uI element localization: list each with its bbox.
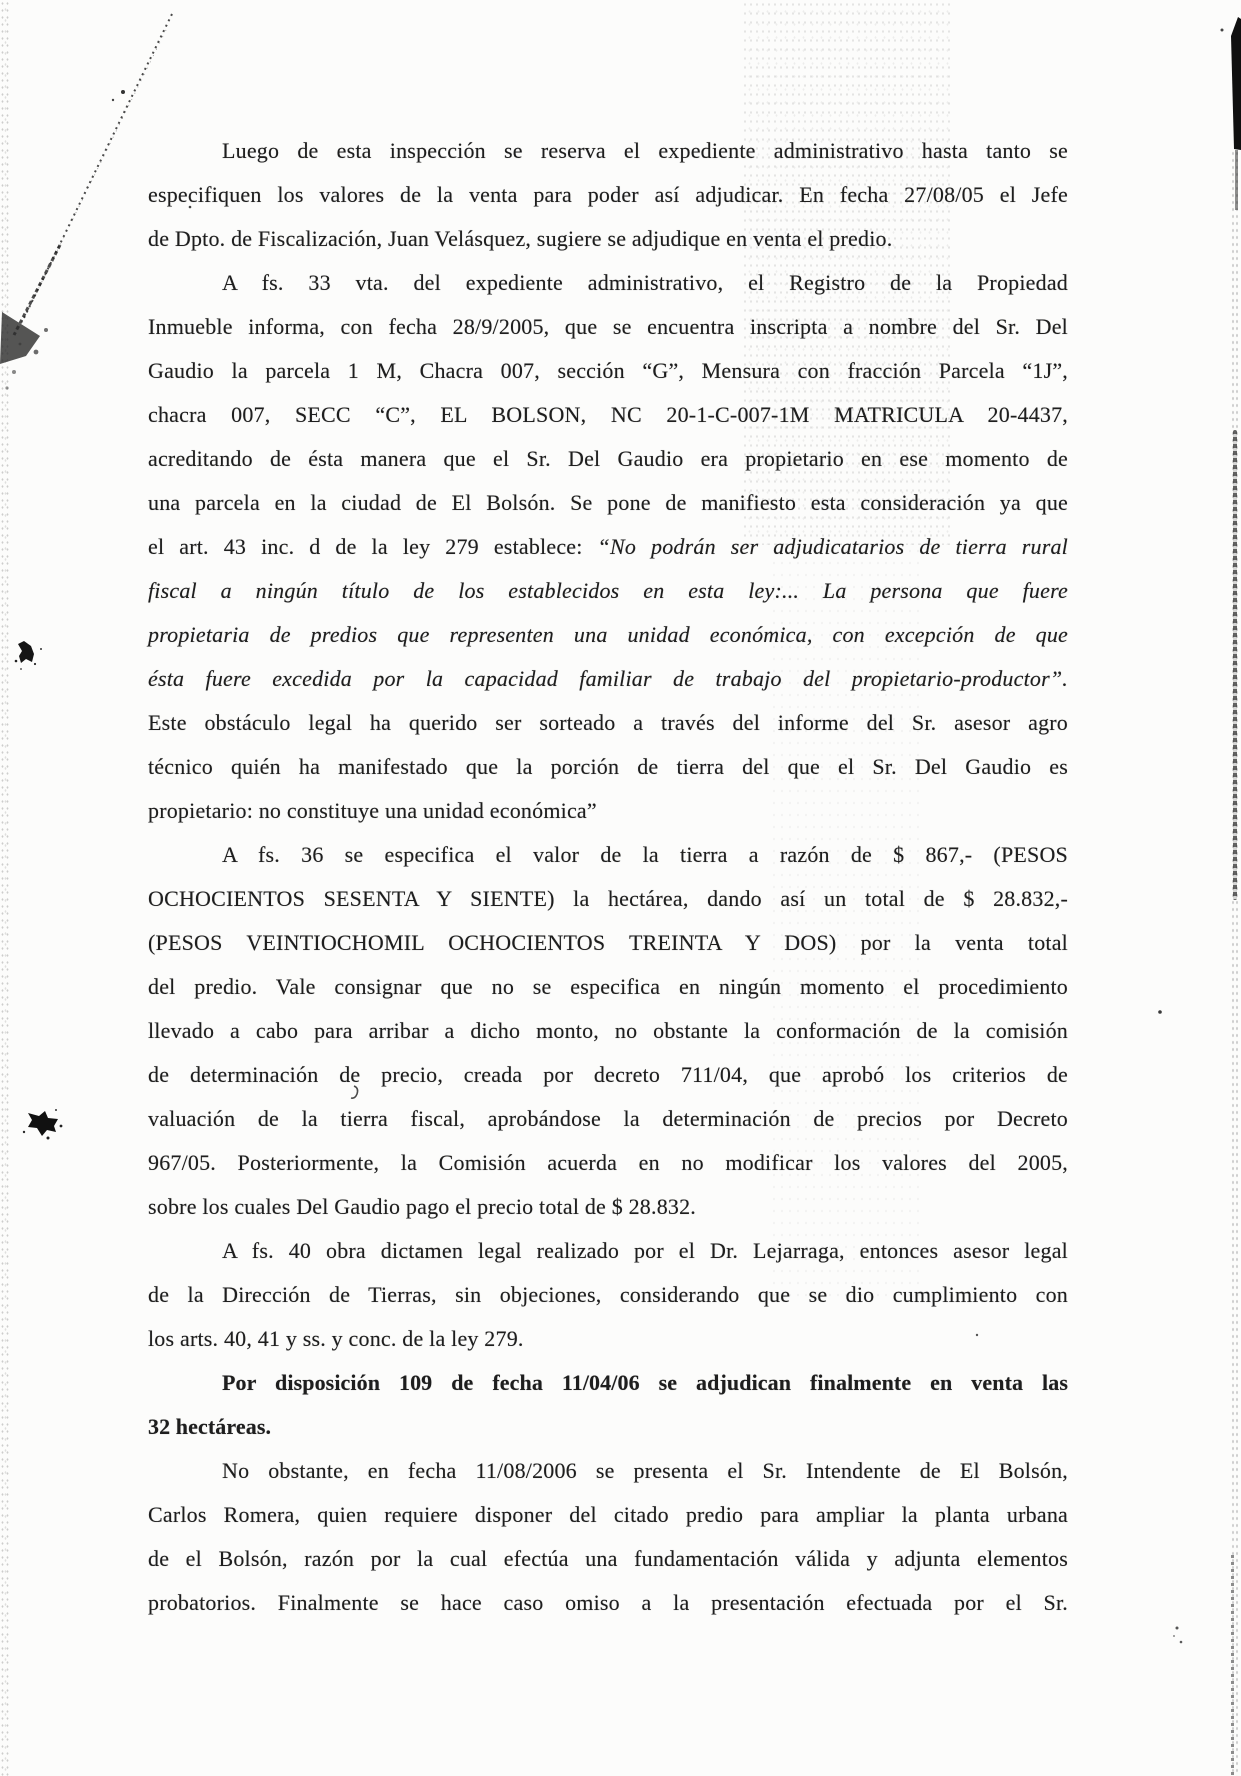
text-line: Este obstáculo legal ha querido ser sort…	[148, 701, 1068, 745]
text-segment: de la Dirección de Tierras, sin objecion…	[148, 1282, 1068, 1307]
text-line: Inmueble informa, con fecha 28/9/2005, q…	[148, 305, 1068, 349]
scanned-page: Luego de esta inspección se reserva el e…	[0, 0, 1241, 1776]
text-line: A fs. 33 vta. del expediente administrat…	[148, 261, 1068, 305]
text-line: chacra 007, SECC “C”, EL BOLSON, NC 20-1…	[148, 393, 1068, 437]
text-line: 32 hectáreas.	[148, 1405, 1068, 1449]
text-line: A fs. 40 obra dictamen legal realizado p…	[148, 1229, 1068, 1273]
text-segment: técnico quién ha manifestado que la porc…	[148, 754, 1068, 779]
text-line: fiscal a ningún título de los establecid…	[148, 569, 1068, 613]
text-segment: Por disposición 109 de fecha 11/04/06 se…	[222, 1370, 1068, 1395]
text-line: A fs. 36 se especifica el valor de la ti…	[148, 833, 1068, 877]
text-segment: 967/05. Posteriormente, la Comisión acue…	[148, 1150, 1068, 1175]
text-segment: sobre los cuales Del Gaudio pago el prec…	[148, 1194, 696, 1219]
document-text: Luego de esta inspección se reserva el e…	[148, 129, 1068, 1625]
text-segment: A fs. 33 vta. del expediente administrat…	[222, 270, 1068, 295]
right-edge-dots	[1231, 150, 1238, 1776]
text-line: ésta fuere excedida por la capacidad fam…	[148, 657, 1068, 701]
text-segment: propietario: no constituye una unidad ec…	[148, 798, 597, 823]
text-line: Luego de esta inspección se reserva el e…	[148, 129, 1068, 173]
text-segment: ésta fuere excedida por la capacidad fam…	[148, 666, 1068, 691]
text-segment: fiscal a ningún título de los establecid…	[148, 578, 1068, 603]
text-segment: una parcela en la ciudad de El Bolsón. S…	[148, 490, 1068, 515]
text-segment: No obstante, en fecha 11/08/2006 se pres…	[222, 1458, 1068, 1483]
text-line: probatorios. Finalmente se hace caso omi…	[148, 1581, 1068, 1625]
text-line: especifiquen los valores de la venta par…	[148, 173, 1068, 217]
text-segment: llevado a cabo para arribar a dicho mont…	[148, 1018, 1068, 1043]
text-segment: Luego de esta inspección se reserva el e…	[222, 138, 1068, 163]
text-segment: (PESOS VEINTIOCHOMIL OCHOCIENTOS TREINTA…	[148, 930, 1068, 955]
text-line: de la Dirección de Tierras, sin objecion…	[148, 1273, 1068, 1317]
corner-smudge	[0, 312, 48, 390]
text-line: el art. 43 inc. d de la ley 279 establec…	[148, 525, 1068, 569]
text-line: acreditando de ésta manera que el Sr. De…	[148, 437, 1068, 481]
text-line: propietaria de predios que representen u…	[148, 613, 1068, 657]
text-line: sobre los cuales Del Gaudio pago el prec…	[148, 1185, 1068, 1229]
text-segment: del predio. Vale consignar que no se esp…	[148, 974, 1068, 999]
text-segment: 32 hectáreas.	[148, 1414, 271, 1439]
text-line: una parcela en la ciudad de El Bolsón. S…	[148, 481, 1068, 525]
text-segment: chacra 007, SECC “C”, EL BOLSON, NC 20-1…	[148, 402, 1068, 427]
text-line: Por disposición 109 de fecha 11/04/06 se…	[148, 1361, 1068, 1405]
text-line: No obstante, en fecha 11/08/2006 se pres…	[148, 1449, 1068, 1493]
text-segment: Gaudio la parcela 1 M, Chacra 007, secci…	[148, 358, 1068, 383]
left-edge-speckle	[0, 0, 10, 1776]
text-segment: de determinación de precio, creada por d…	[148, 1062, 1068, 1087]
text-segment: de Dpto. de Fiscalización, Juan Velásque…	[148, 226, 892, 251]
text-line: de el Bolsón, razón por la cual efectúa …	[148, 1537, 1068, 1581]
ink-blot-1	[15, 641, 42, 670]
right-edge-bottom-dots	[1231, 1555, 1234, 1776]
text-line: propietario: no constituye una unidad ec…	[148, 789, 1068, 833]
text-line: de determinación de precio, creada por d…	[148, 1053, 1068, 1097]
text-line: (PESOS VEINTIOCHOMIL OCHOCIENTOS TREINTA…	[148, 921, 1068, 965]
text-segment: el art. 43 inc. d de la ley 279 establec…	[148, 534, 598, 559]
text-segment: Carlos Romera, quien requiere disponer d…	[148, 1502, 1068, 1527]
text-line: 967/05. Posteriormente, la Comisión acue…	[148, 1141, 1068, 1185]
text-segment: acreditando de ésta manera que el Sr. De…	[148, 446, 1068, 471]
text-line: los arts. 40, 41 y ss. y conc. de la ley…	[148, 1317, 1068, 1361]
text-line: OCHOCIENTOS SESENTA Y SIENTE) la hectáre…	[148, 877, 1068, 921]
top-right-bracket-mark	[1221, 17, 1241, 210]
text-segment: especifiquen los valores de la venta par…	[148, 182, 1068, 207]
text-line: técnico quién ha manifestado que la porc…	[148, 745, 1068, 789]
text-line: del predio. Vale consignar que no se esp…	[148, 965, 1068, 1009]
text-line: llevado a cabo para arribar a dicho mont…	[148, 1009, 1068, 1053]
text-segment: de el Bolsón, razón por la cual efectúa …	[148, 1546, 1068, 1571]
text-segment: OCHOCIENTOS SESENTA Y SIENTE) la hectáre…	[148, 886, 1068, 911]
text-segment: Este obstáculo legal ha querido ser sort…	[148, 710, 1068, 735]
text-line: Gaudio la parcela 1 M, Chacra 007, secci…	[148, 349, 1068, 393]
text-segment: propietaria de predios que representen u…	[148, 622, 1068, 647]
text-line: Carlos Romera, quien requiere disponer d…	[148, 1493, 1068, 1537]
text-segment: A fs. 40 obra dictamen legal realizado p…	[222, 1238, 1068, 1263]
text-line: de Dpto. de Fiscalización, Juan Velásque…	[148, 217, 1068, 261]
text-segment: los arts. 40, 41 y ss. y conc. de la ley…	[148, 1326, 524, 1351]
ink-blot-2	[23, 1109, 63, 1140]
text-segment: Inmueble informa, con fecha 28/9/2005, q…	[148, 314, 1068, 339]
text-segment: A fs. 36 se especifica el valor de la ti…	[222, 842, 1068, 867]
text-segment: “No podrán ser adjudicatarios de tierra …	[598, 534, 1068, 559]
text-line: valuación de la tierra fiscal, aprobándo…	[148, 1097, 1068, 1141]
text-segment: probatorios. Finalmente se hace caso omi…	[148, 1590, 1068, 1615]
right-edge-dark-streak	[1233, 430, 1237, 900]
text-segment: valuación de la tierra fiscal, aprobándo…	[148, 1106, 1068, 1131]
